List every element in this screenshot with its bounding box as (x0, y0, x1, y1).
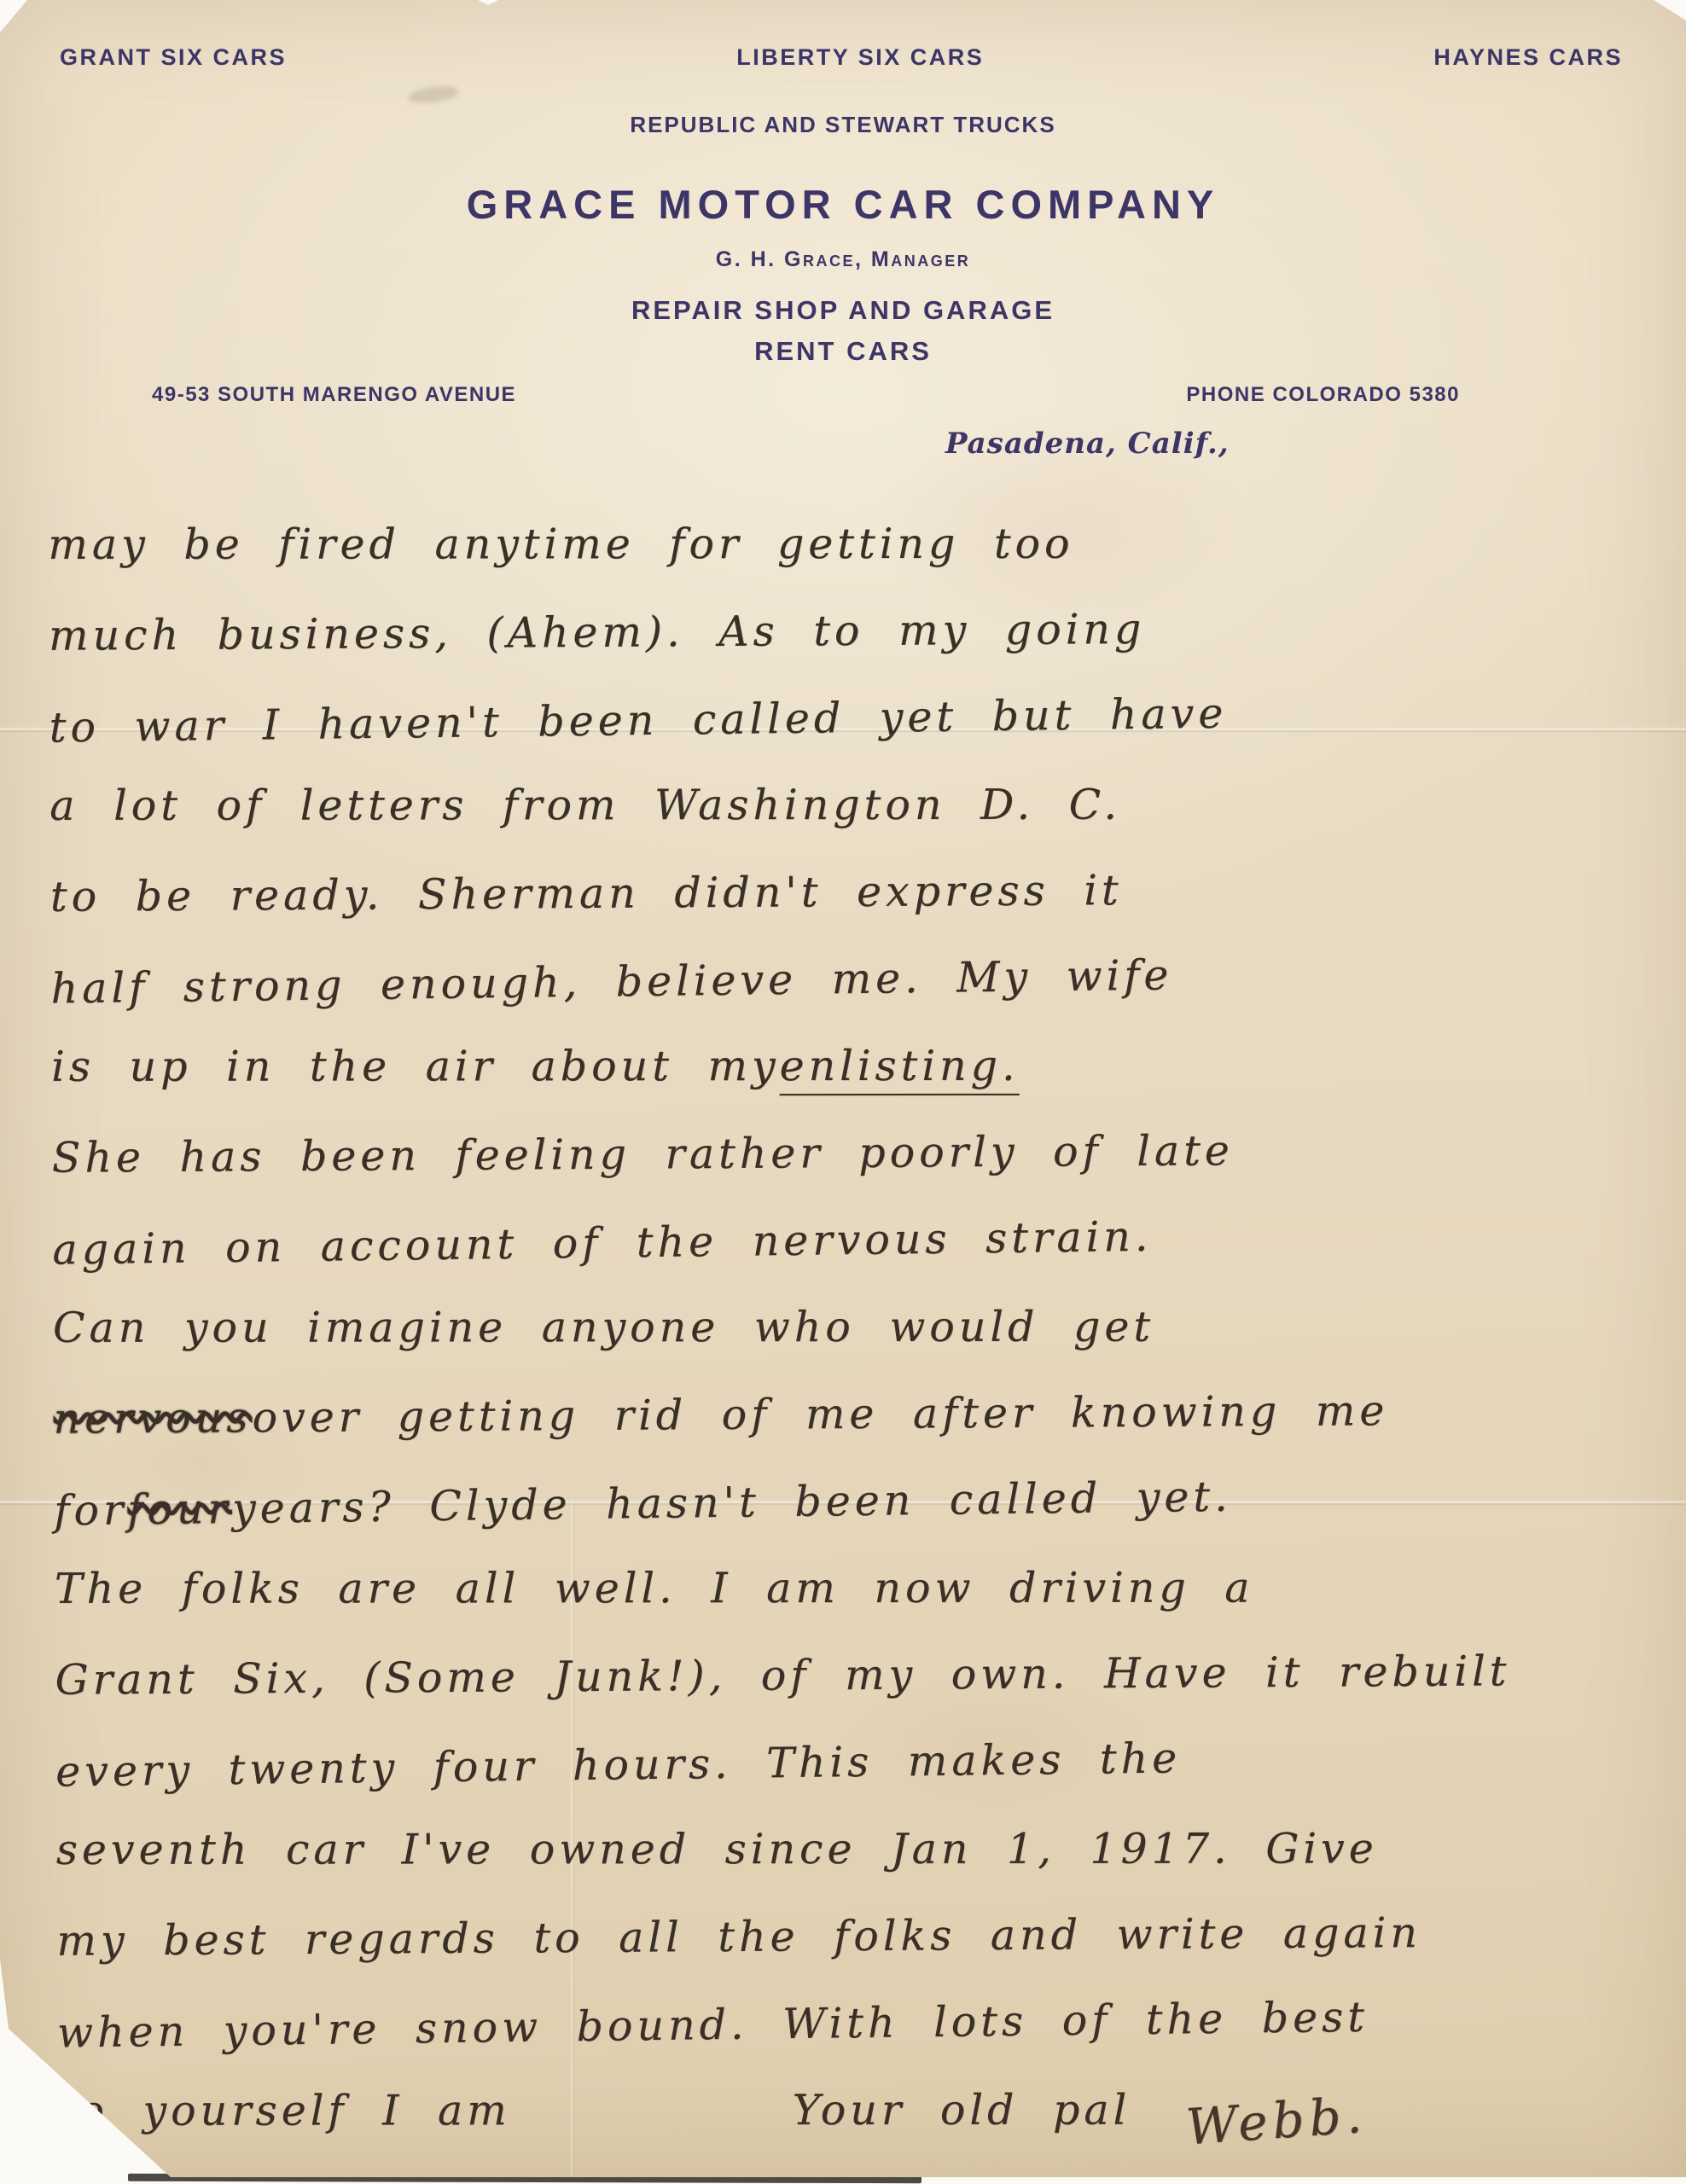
handwritten-text: The folks are all well. I am now driving… (55, 1563, 1254, 1612)
address-phone-row: 49-53 SOUTH MARENGO AVENUE PHONE COLORAD… (152, 383, 1460, 407)
handwritten-text: enlisting. (780, 1041, 1020, 1089)
handwritten-line: much business, (Ahem). As to my going (49, 582, 1659, 679)
dateline-place: Pasadena, Calif., (945, 427, 1230, 461)
handwritten-text: years? Clyde hasn't been called yet. (232, 1472, 1232, 1532)
handwritten-line: may be fired anytime for getting too (48, 499, 1657, 588)
handwritten-text: to war I haven't been called yet but hav… (49, 688, 1227, 752)
handwritten-text: seventh car I've owned since Jan 1, 1917… (56, 1824, 1378, 1873)
handwritten-text: when you're snow bound. With lots of the… (57, 1992, 1369, 2057)
handwritten-line: to be ready. Sherman didn't express it (50, 843, 1660, 940)
handwritten-line: Grant Six, (Some Junk!), of my own. Have… (55, 1626, 1665, 1723)
phone-number: PHONE COLORADO 5380 (1186, 383, 1460, 407)
handwritten-line: half strong enough, believe me. My wife (50, 925, 1660, 1031)
handwritten-text: over getting rid of me after knowing me (252, 1386, 1388, 1442)
handwritten-line: to yourself I amYour old pal (58, 2065, 1667, 2154)
handwritten-line: The folks are all well. I am now driving… (55, 1543, 1664, 1632)
brand-center-label: LIBERTY SIX CARS (736, 44, 984, 71)
handwritten-text: every twenty four hours. This makes the (55, 1734, 1182, 1796)
trucks-label: REPUBLIC AND STEWART TRUCKS (0, 112, 1686, 138)
scanned-letter-page: GRANT SIX CARS LIBERTY SIX CARS HAYNES C… (0, 0, 1686, 2184)
scribbled-word: nervous (53, 1393, 252, 1443)
brand-right-label: HAYNES CARS (1433, 44, 1623, 71)
service-line-rent: RENT CARS (0, 336, 1686, 367)
handwritten-text: Can you imagine anyone who would get (53, 1302, 1154, 1351)
scribbled-word: four (127, 1484, 232, 1533)
brand-left-label: GRANT SIX CARS (60, 44, 287, 71)
handwritten-text: half strong enough, believe me. My wife (50, 950, 1172, 1013)
handwritten-text: to be ready. Sherman didn't express it (50, 866, 1123, 921)
letter-body: may be fired anytime for getting toomuch… (48, 495, 1667, 2158)
service-line-repair: REPAIR SHOP AND GARAGE (0, 295, 1686, 326)
letter-paper: GRANT SIX CARS LIBERTY SIX CARS HAYNES C… (0, 0, 1686, 2184)
handwritten-text: for (54, 1485, 128, 1535)
handwritten-line: She has been feeling rather poorly of la… (51, 1104, 1661, 1201)
handwritten-text: She has been feeling rather poorly of la… (52, 1126, 1234, 1182)
handwritten-line: seventh car I've owned since Jan 1, 1917… (56, 1804, 1666, 1893)
handwritten-line: nervous over getting rid of me after kno… (53, 1365, 1663, 1462)
handwritten-text: a lot of letters from Washington D. C. (49, 780, 1121, 829)
handwritten-line: is up in the air about my enlisting. (51, 1021, 1660, 1110)
street-address: 49-53 SOUTH MARENGO AVENUE (152, 383, 516, 407)
manager-line: G. H. Grace, Manager (0, 247, 1686, 272)
handwritten-line: Can you imagine anyone who would get (53, 1282, 1662, 1371)
handwritten-text: my best regards to all the folks and wri… (56, 1908, 1421, 1965)
handwritten-text: Your old pal (793, 2085, 1131, 2134)
handwritten-text: Grant Six, (Some Junk!), of my own. Have… (55, 1647, 1510, 1704)
handwritten-line: every twenty four hours. This makes the (55, 1708, 1666, 1815)
handwritten-text: much business, (Ahem). As to my going (49, 604, 1146, 659)
handwritten-line: when you're snow bound. With lots of the… (56, 1969, 1666, 2076)
handwritten-line: for four years? Clyde hasn't been called… (54, 1447, 1664, 1554)
handwritten-text: again on account of the nervous strain. (52, 1211, 1153, 1274)
handwritten-line: my best regards to all the folks and wri… (56, 1887, 1666, 1984)
handwritten-text: may be fired anytime for getting too (48, 519, 1073, 568)
handwritten-line: a lot of letters from Washington D. C. (49, 760, 1659, 849)
handwritten-line: again on account of the nervous strain. (52, 1186, 1662, 1292)
handwritten-text: to yourself I am (58, 2086, 511, 2135)
brand-row: GRANT SIX CARS LIBERTY SIX CARS HAYNES C… (60, 44, 1623, 71)
pencil-smudge (407, 84, 460, 106)
handwritten-line: to war I haven't been called yet but hav… (49, 664, 1659, 770)
company-name: GRACE MOTOR CAR COMPANY (0, 181, 1686, 228)
handwritten-text: is up in the air about my (51, 1042, 780, 1091)
